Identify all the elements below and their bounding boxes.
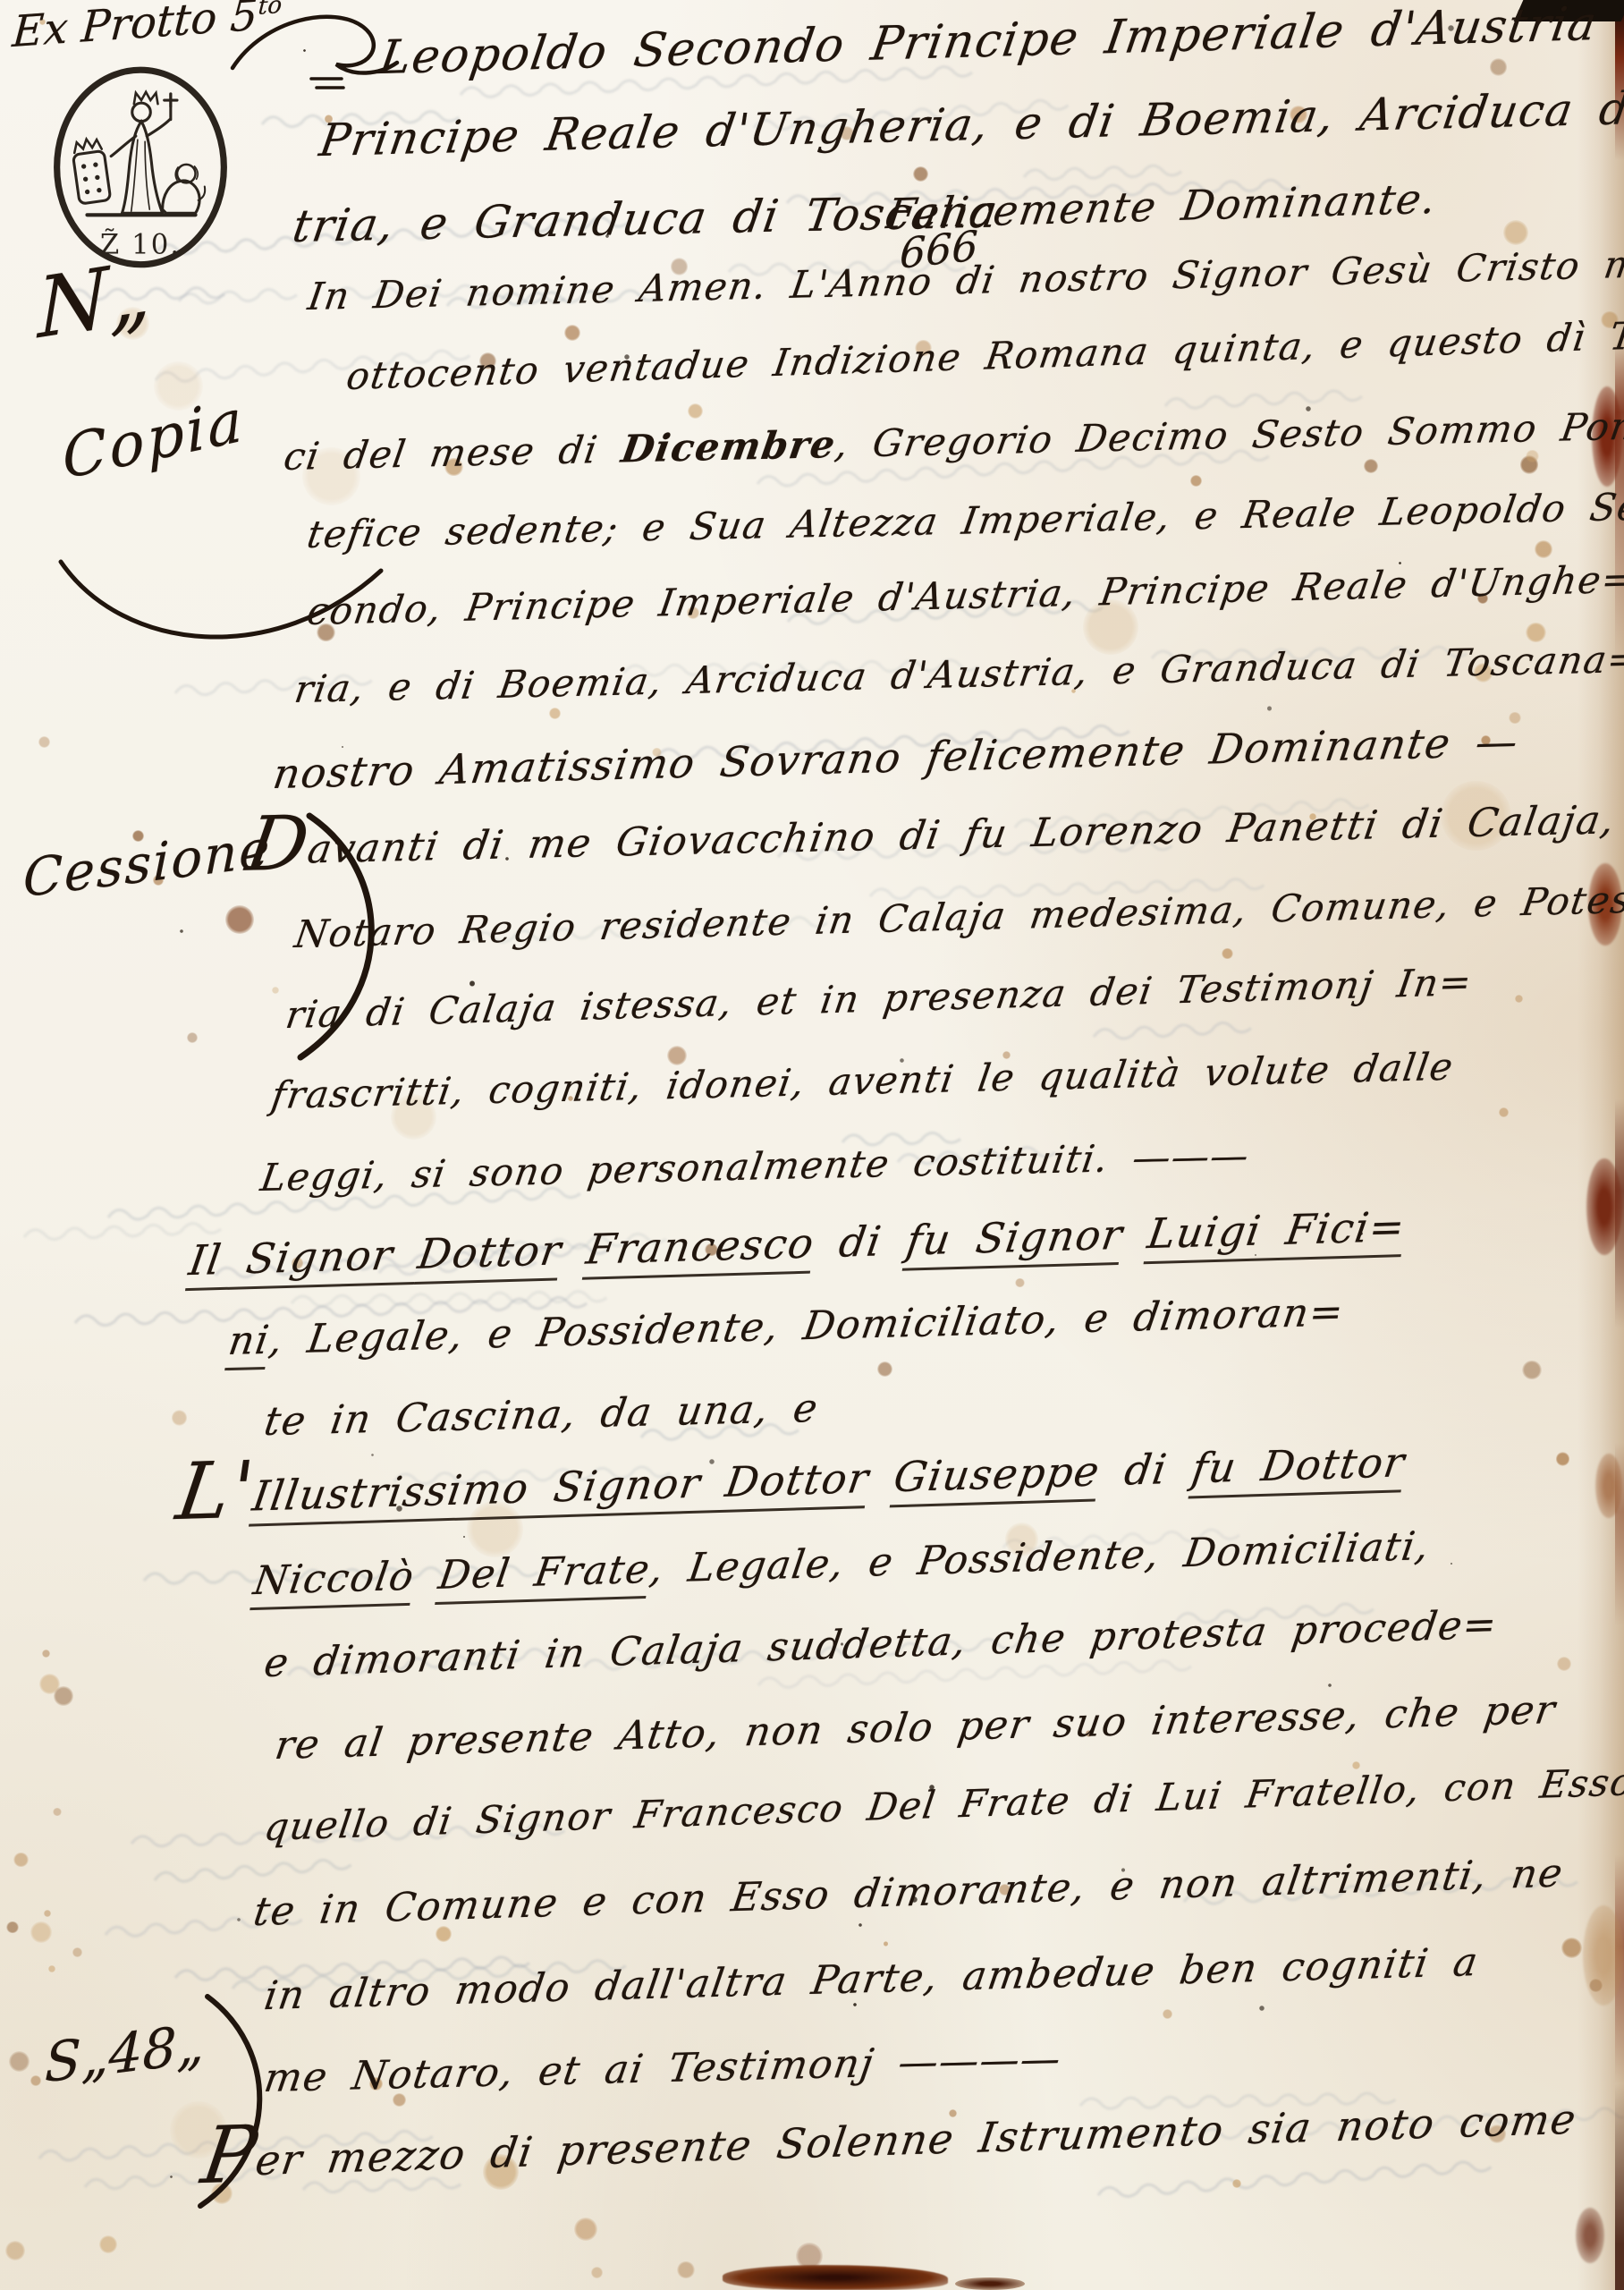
manuscript-line: ni, Legale, e Possidente, Domiciliato, e… — [225, 1289, 1347, 1364]
margin-number-label: N„ — [37, 242, 151, 357]
manuscript-line: Per mezzo di presente Solenne Istrumento… — [199, 2095, 1580, 2187]
manuscript-line: Leopoldo Secondo Principe Imperiale d'Au… — [376, 0, 1602, 85]
margin-folio-note: S„48„ — [44, 2013, 205, 2096]
manuscript-line: frascritti, cogniti, idonei, aventi le q… — [268, 1045, 1457, 1117]
margin-copy-label: Copia — [60, 385, 247, 493]
manuscript-line: nostro Amatissimo Sovrano felicemente Do… — [270, 717, 1522, 798]
manuscript-line: te in Comune e con Esso dimorante, e non… — [250, 1850, 1566, 1935]
manuscript-line: L'Illustrissimo Signor Dottor Giuseppe d… — [173, 1438, 1408, 1522]
stamp-shield — [71, 137, 110, 204]
protocol-annotation: Ex Protto 5to — [11, 0, 283, 57]
manuscript-line: Niccolò Del Frate, Legale, e Possidente,… — [250, 1523, 1433, 1604]
stamp-sceptre-cross — [165, 94, 177, 120]
manuscript-line: me Notaro, et ai Testimonj ———— — [261, 2036, 1065, 2101]
stamp-crowned-figure — [111, 92, 170, 213]
stamp-lion — [163, 165, 206, 213]
edge-stain — [1586, 1158, 1622, 1255]
manuscript-line: quello di Signor Francesco Del Frate di … — [261, 1754, 1624, 1849]
manuscript-page: Ex Protto 5to — [0, 0, 1624, 2290]
manuscript-line: re al presente Atto, non solo per suo in… — [272, 1687, 1559, 1768]
manuscript-line: e dimoranti in Calaja suddetta, che prot… — [261, 1602, 1501, 1687]
manuscript-line: Leggi, si sono personalmente costituiti.… — [258, 1133, 1253, 1200]
manuscript-line: ria, e di Boemia, Arciduca d'Austria, e … — [292, 637, 1624, 711]
bottom-edge-stain — [723, 2265, 948, 2290]
manuscript-line: condo, Principe Imperiale d'Austria, Pri… — [304, 557, 1624, 633]
bottom-edge-stain-small — [955, 2277, 1025, 2290]
manuscript-line: ria di Calaja istessa, et in presenza de… — [283, 960, 1476, 1037]
manuscript-line: Principe Reale d'Ungheria, e di Boemia, … — [317, 79, 1624, 166]
manuscript-line: Notaro Regio residente in Calaja medesim… — [292, 876, 1624, 956]
manuscript-line: te in Cascina, da una, e — [261, 1386, 822, 1445]
manuscript-line: Felicemente Dominante. — [884, 174, 1441, 238]
manuscript-line: in altro modo dall'altra Parte, ambedue … — [261, 1939, 1482, 2019]
manuscript-line: Davanti di me Giovacchino di fu Lorenzo … — [243, 797, 1619, 874]
manuscript-line: tefice sedente; e Sua Altezza Imperiale,… — [304, 484, 1624, 556]
margin-act-type-label: Cessione — [22, 818, 272, 910]
edge-stain — [1576, 2208, 1604, 2263]
edge-stain — [1583, 1905, 1624, 2006]
protocol-superscript: to — [258, 0, 283, 21]
protocol-text: Ex Protto 5 — [11, 0, 259, 57]
manuscript-line: ci del mese di Dicembre, Gregorio Decimo… — [281, 403, 1624, 479]
edge-stain — [1595, 1454, 1622, 1518]
manuscript-line: ottocento ventadue Indizione Romana quin… — [343, 310, 1624, 399]
manuscript-line: Il Signor Dottor Francesco di fu Signor … — [186, 1202, 1409, 1285]
